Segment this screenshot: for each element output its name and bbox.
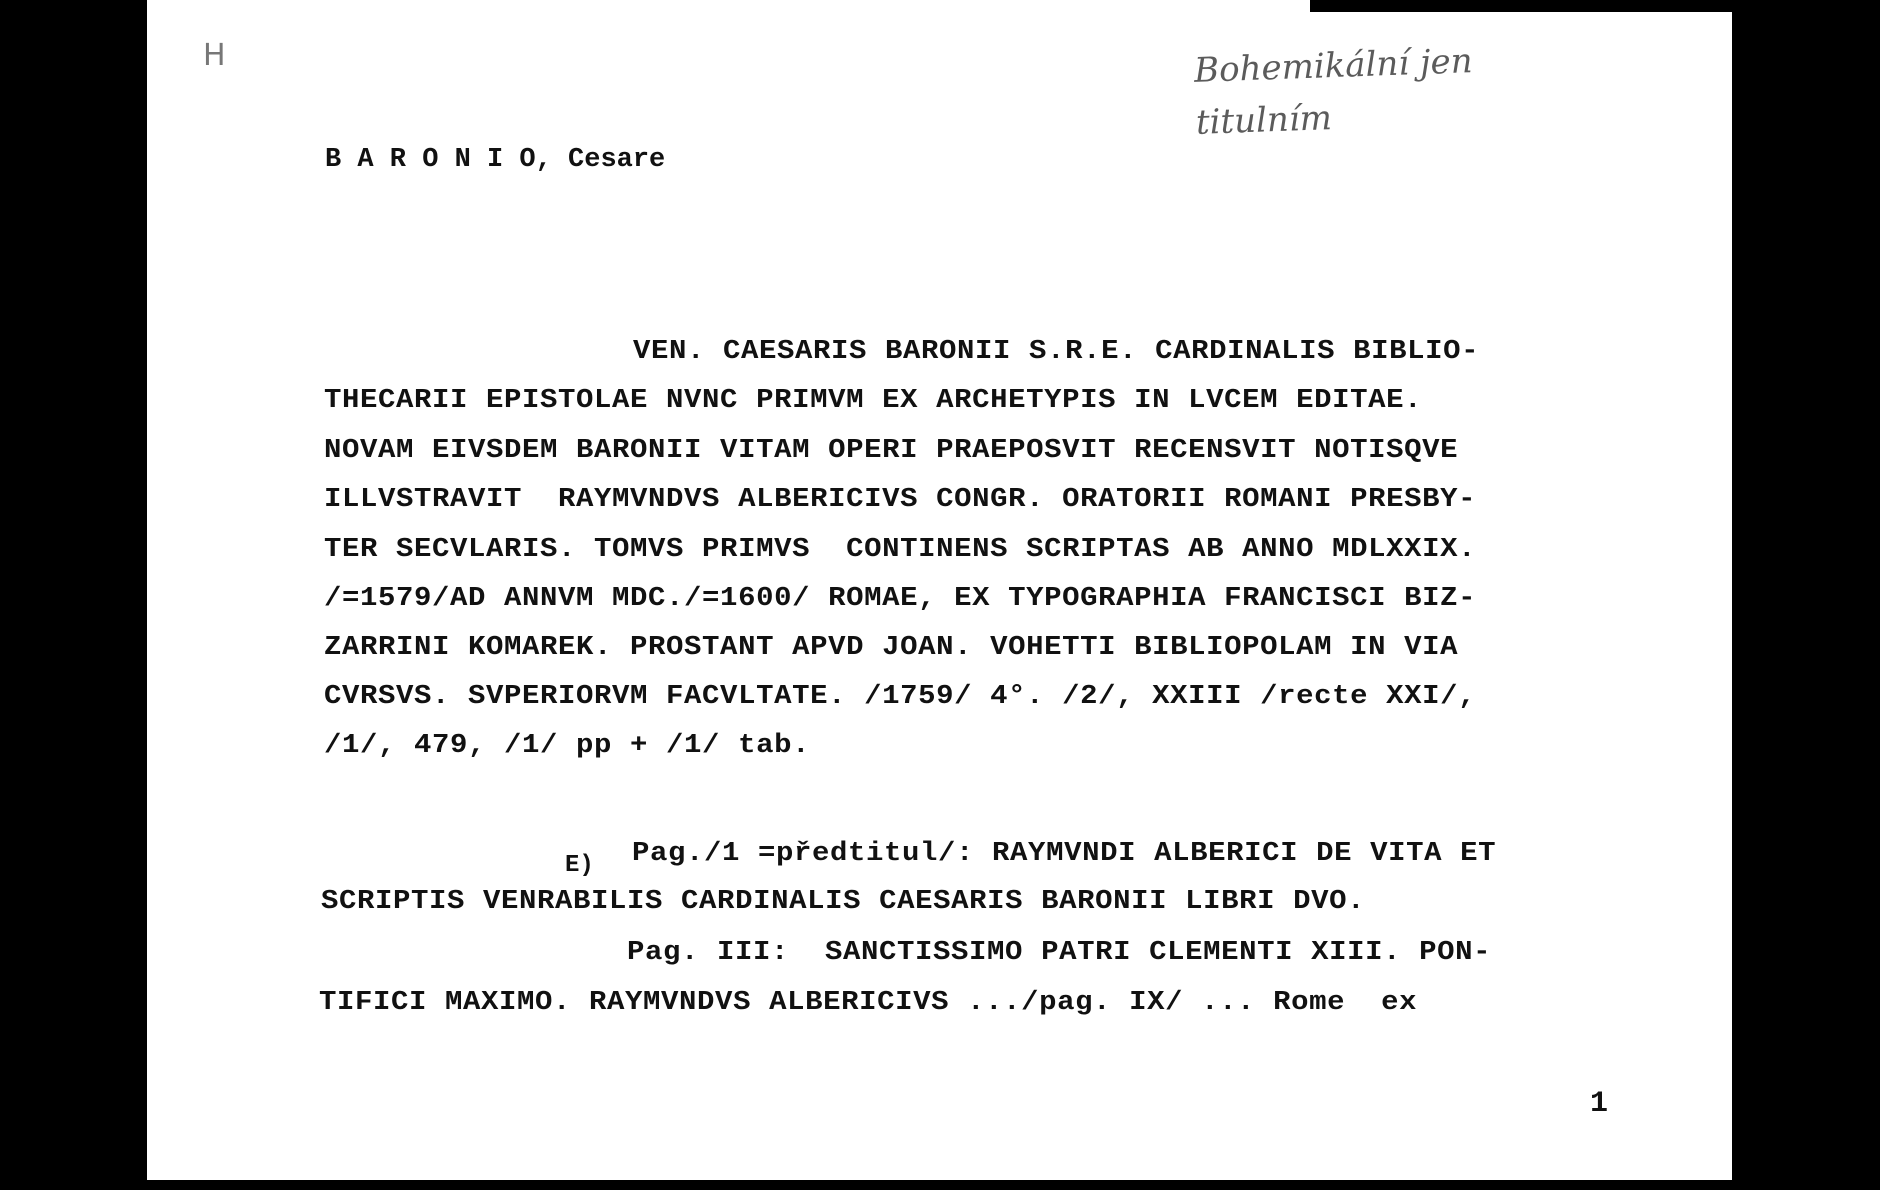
handwritten-note-line-2: titulním (1195, 98, 1332, 143)
pages-line-2: SCRIPTIS VENRABILIS CARDINALIS CAESARIS … (321, 886, 1365, 917)
scan-border-top (1310, 0, 1880, 12)
pages-line-4: TIFICI MAXIMO. RAYMVNDVS ALBERICIVS .../… (319, 987, 1417, 1018)
insert-mark: E) (565, 852, 594, 879)
body-line-4: ILLVSTRAVIT RAYMVNDVS ALBERICIVS CONGR. … (324, 484, 1476, 515)
pages-line-3: Pag. III: SANCTISSIMO PATRI CLEMENTI XII… (627, 937, 1491, 968)
body-line-7: ZARRINI KOMAREK. PROSTANT APVD JOAN. VOH… (324, 632, 1458, 663)
corner-mark: H (203, 38, 226, 73)
author-heading: B A R O N I O, Cesare (325, 144, 665, 176)
body-line-5: TER SECVLARIS. TOMVS PRIMVS CONTINENS SC… (324, 534, 1476, 565)
body-line-9: /1/, 479, /1/ pp + /1/ tab. (324, 730, 810, 761)
handwritten-note: Bohemikální jen titulním (1193, 35, 1475, 149)
handwritten-note-line-1: Bohemikální jen (1193, 41, 1473, 91)
body-line-1: VEN. CAESARIS BARONII S.R.E. CARDINALIS … (633, 336, 1479, 367)
body-line-8: CVRSVS. SVPERIORVM FACVLTATE. /1759/ 4°.… (324, 681, 1476, 712)
pages-line-1: Pag./1 =předtitul/: RAYMVNDI ALBERICI DE… (632, 838, 1496, 869)
body-line-2: THECARII EPISTOLAE NVNC PRIMVM EX ARCHET… (324, 385, 1422, 416)
body-line-6: /=1579/AD ANNVM MDC./=1600/ ROMAE, EX TY… (324, 583, 1476, 614)
body-line-3: NOVAM EIVSDEM BARONII VITAM OPERI PRAEPO… (324, 435, 1458, 466)
page-number: 1 (1590, 1087, 1608, 1121)
